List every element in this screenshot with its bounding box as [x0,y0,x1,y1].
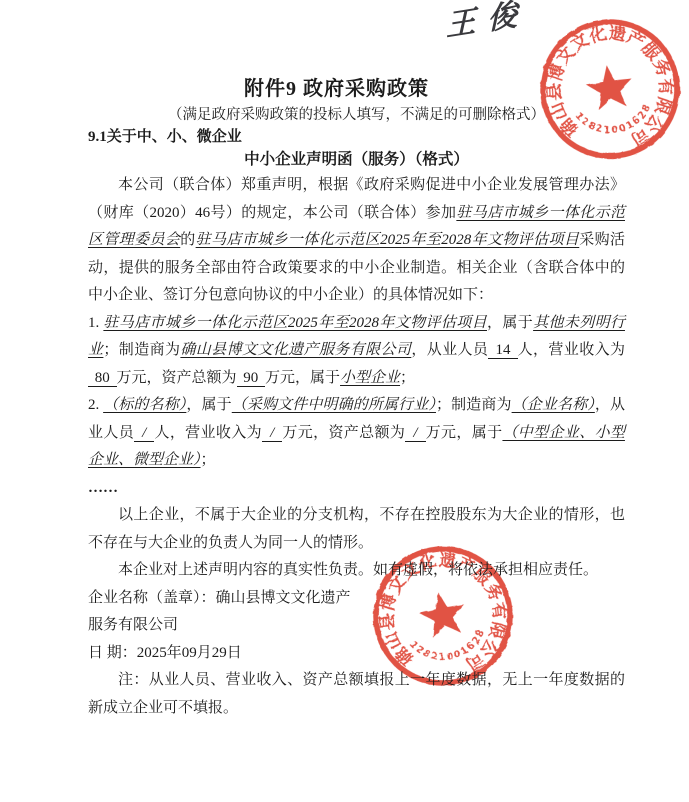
text-segment: 万元，属于 [426,425,503,441]
text-segment: 人，营业收入为 [518,342,625,358]
text-segment: ；制造商为 [103,342,180,358]
text-segment: 小型企业 [340,370,400,386]
text-segment: 14 [488,342,517,359]
responsibility-paragraph: 本企业对上述声明内容的真实性负责。如有虚假，将依法承担相应责任。 [88,557,625,585]
text-segment: 万元，资产总额为 [282,425,405,441]
text-segment: （企业名称） [512,397,595,413]
text-segment: ； [400,370,415,386]
text-segment: （标的名称） [103,397,186,413]
text-segment: / [405,425,425,442]
text-segment: ； [201,452,216,468]
text-segment: ；制造商为 [436,397,512,413]
subtitle: （满足政府采购政策的投标人填写，不满足的可删除格式） [88,104,625,126]
text-segment: 2. [88,397,103,413]
text-segment: ，属于 [487,315,533,331]
text-segment: / [134,425,154,442]
text-segment: 确山县博文文化遗产服务有限公司 [180,342,411,358]
ellipsis-line: …… [88,475,625,503]
company-name-seal-line: 企业名称（盖章）：确山县博文文化遗产 [88,585,625,613]
item-1: 1. 驻马店市城乡一体化示范区2025年至2028年文物评估项目，属于其他未列明… [88,310,625,393]
text-segment: 驻马店市城乡一体化示范区2025年至2028年文物评估项目 [196,232,580,248]
handwritten-signature: 王俊 [445,0,574,60]
form-title: 中小企业声明函（服务）（格式） [88,148,625,172]
item-2: 2. （标的名称），属于（采购文件中明确的所属行业）；制造商为（企业名称），从业… [88,392,625,475]
text-segment: 万元，属于 [265,370,340,386]
text-segment: 1. [88,315,103,331]
scanned-document-page: 王俊 确山县博文文化遗产服务有限公司 4128210016284 [0,0,689,802]
text-segment: / [262,425,282,442]
text-segment: 驻马店市城乡一体化示范区2025年至2028年文物评估项目 [103,315,487,331]
text-segment: 80 [88,370,117,387]
text-segment: ，属于 [186,397,231,413]
signature-text: 王俊 [446,0,530,43]
text-segment: 人，营业收入为 [154,425,262,441]
section-heading: 9.1关于中、小、微企业 [88,126,625,148]
note-paragraph: 注：从业人员、营业收入、资产总额填报上一年度数据，无上一年度数据的新成立企业可不… [88,667,625,722]
text-segment: 万元，资产总额为 [117,370,237,386]
not-large-enterprise-paragraph: 以上企业，不属于大企业的分支机构，不存在控股股东为大企业的情形，也不存在与大企业… [88,502,625,557]
page-title: 附件9 政府采购政策 [88,74,585,104]
company-name-continued: 服务有限公司 [88,612,625,640]
text-segment: 的 [180,232,195,248]
text-segment: （采购文件中明确的所属行业） [232,397,436,413]
date-line: 日 期：2025年09月29日 [88,640,625,668]
text-segment: 90 [237,370,266,387]
text-segment: ，从业人员 [411,342,488,358]
declaration-paragraph: 本公司（联合体）郑重声明，根据《政府采购促进中小企业发展管理办法》（财库（202… [88,172,625,310]
document-content: 附件9 政府采购政策 （满足政府采购政策的投标人填写，不满足的可删除格式） 9.… [88,74,625,722]
